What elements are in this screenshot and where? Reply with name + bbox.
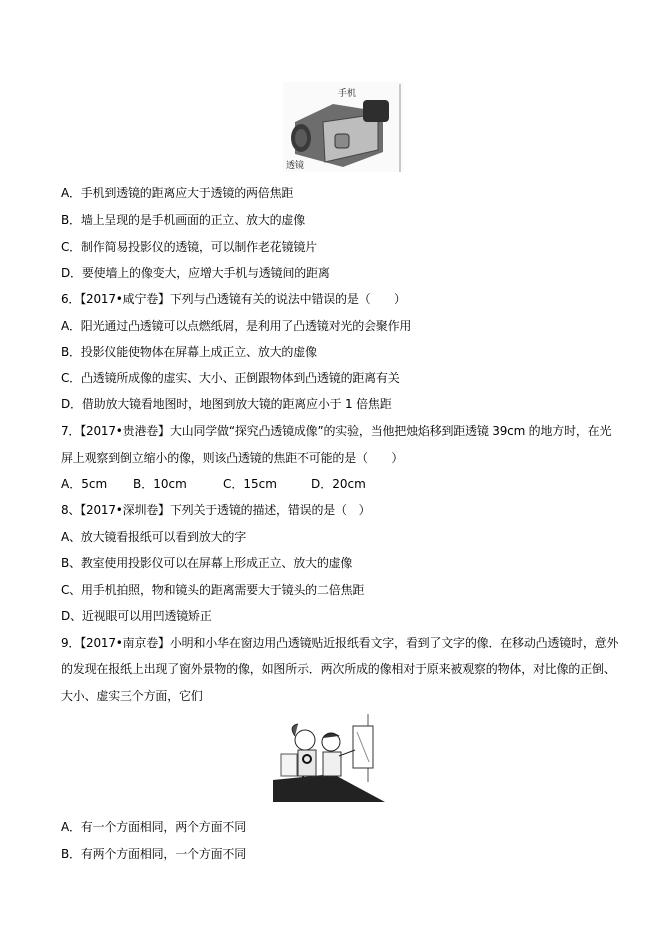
q5-option-b: B．墙上呈现的是手机画面的正立、放大的虚像 — [61, 213, 305, 227]
label-lens: 透镜 — [286, 159, 304, 171]
q5-option-a: A．手机到透镜的距离应大于透镜的两倍焦距 — [61, 186, 293, 200]
q5-option-d: D．要使墙上的像变大，应增大手机与透镜间的距离 — [61, 266, 330, 280]
q5-option-c: C．制作简易投影仪的透镜，可以制作老花镜镜片 — [61, 240, 317, 254]
q7-stem-line1: 7．【2017•贵港卷】大山同学做“探究凸透镜成像”的实验，当他把烛焰移到距透镜… — [61, 424, 611, 438]
q9-option-b: B．有两个方面相同，一个方面不同 — [61, 847, 246, 861]
q6-option-c: C．凸透镜所成像的虚实、大小、正倒跟物体到凸透镜的距离有关 — [61, 371, 400, 385]
q6-stem: 6．【2017•咸宁卷】下列与凸透镜有关的说法中错误的是（ ） — [61, 292, 406, 306]
q8-option-a: A、放大镜看报纸可以看到放大的字 — [61, 530, 246, 544]
q9-stem-line1: 9．【2017•南京卷】小明和小华在窗边用凸透镜贴近报纸看文字，看到了文字的像．… — [61, 636, 618, 650]
q8-option-d: D、近视眼可以用凹透镜矫正 — [61, 609, 212, 623]
q6-option-b: B．投影仪能使物体在屏幕上成正立、放大的虚像 — [61, 345, 317, 359]
q9-stem-line3: 大小、虚实三个方面，它们 — [61, 689, 203, 703]
children-magnifier-figure — [273, 712, 388, 804]
q6-option-a: A．阳光通过凸透镜可以点燃纸屑，是利用了凸透镜对光的会聚作用 — [61, 319, 411, 333]
q8-option-b: B、教室使用投影仪可以在屏幕上形成正立、放大的虚像 — [61, 556, 352, 570]
q9-stem-line2: 的发现在报纸上出现了窗外景物的像，如图所示．两次所成的像相对于原来被观察的物体，… — [61, 662, 616, 676]
q8-option-c: C、用手机拍照，物和镜头的距离需要大于镜头的二倍焦距 — [61, 583, 364, 597]
q7-stem-line2: 屏上观察到倒立缩小的像，则该凸透镜的焦距不可能的是（ ） — [61, 451, 403, 465]
projector-figure: 手机 透镜 — [283, 82, 403, 172]
q7-options: A．5cmB．10cmC．15cmD．20cm — [61, 477, 366, 491]
q9-option-a: A．有一个方面相同，两个方面不同 — [61, 820, 246, 834]
label-phone: 手机 — [338, 87, 356, 99]
q7-option-c: C．15cm — [223, 477, 311, 491]
q7-option-b: B．10cm — [133, 477, 223, 491]
q7-option-a: A．5cm — [61, 477, 133, 491]
q6-option-d: D．借助放大镜看地图时，地图到放大镜的距离应小于 1 倍焦距 — [61, 397, 392, 411]
q7-option-d: D．20cm — [311, 477, 366, 491]
q8-stem: 8、【2017•深圳卷】下列关于透镜的描述，错误的是（ ） — [61, 503, 370, 517]
